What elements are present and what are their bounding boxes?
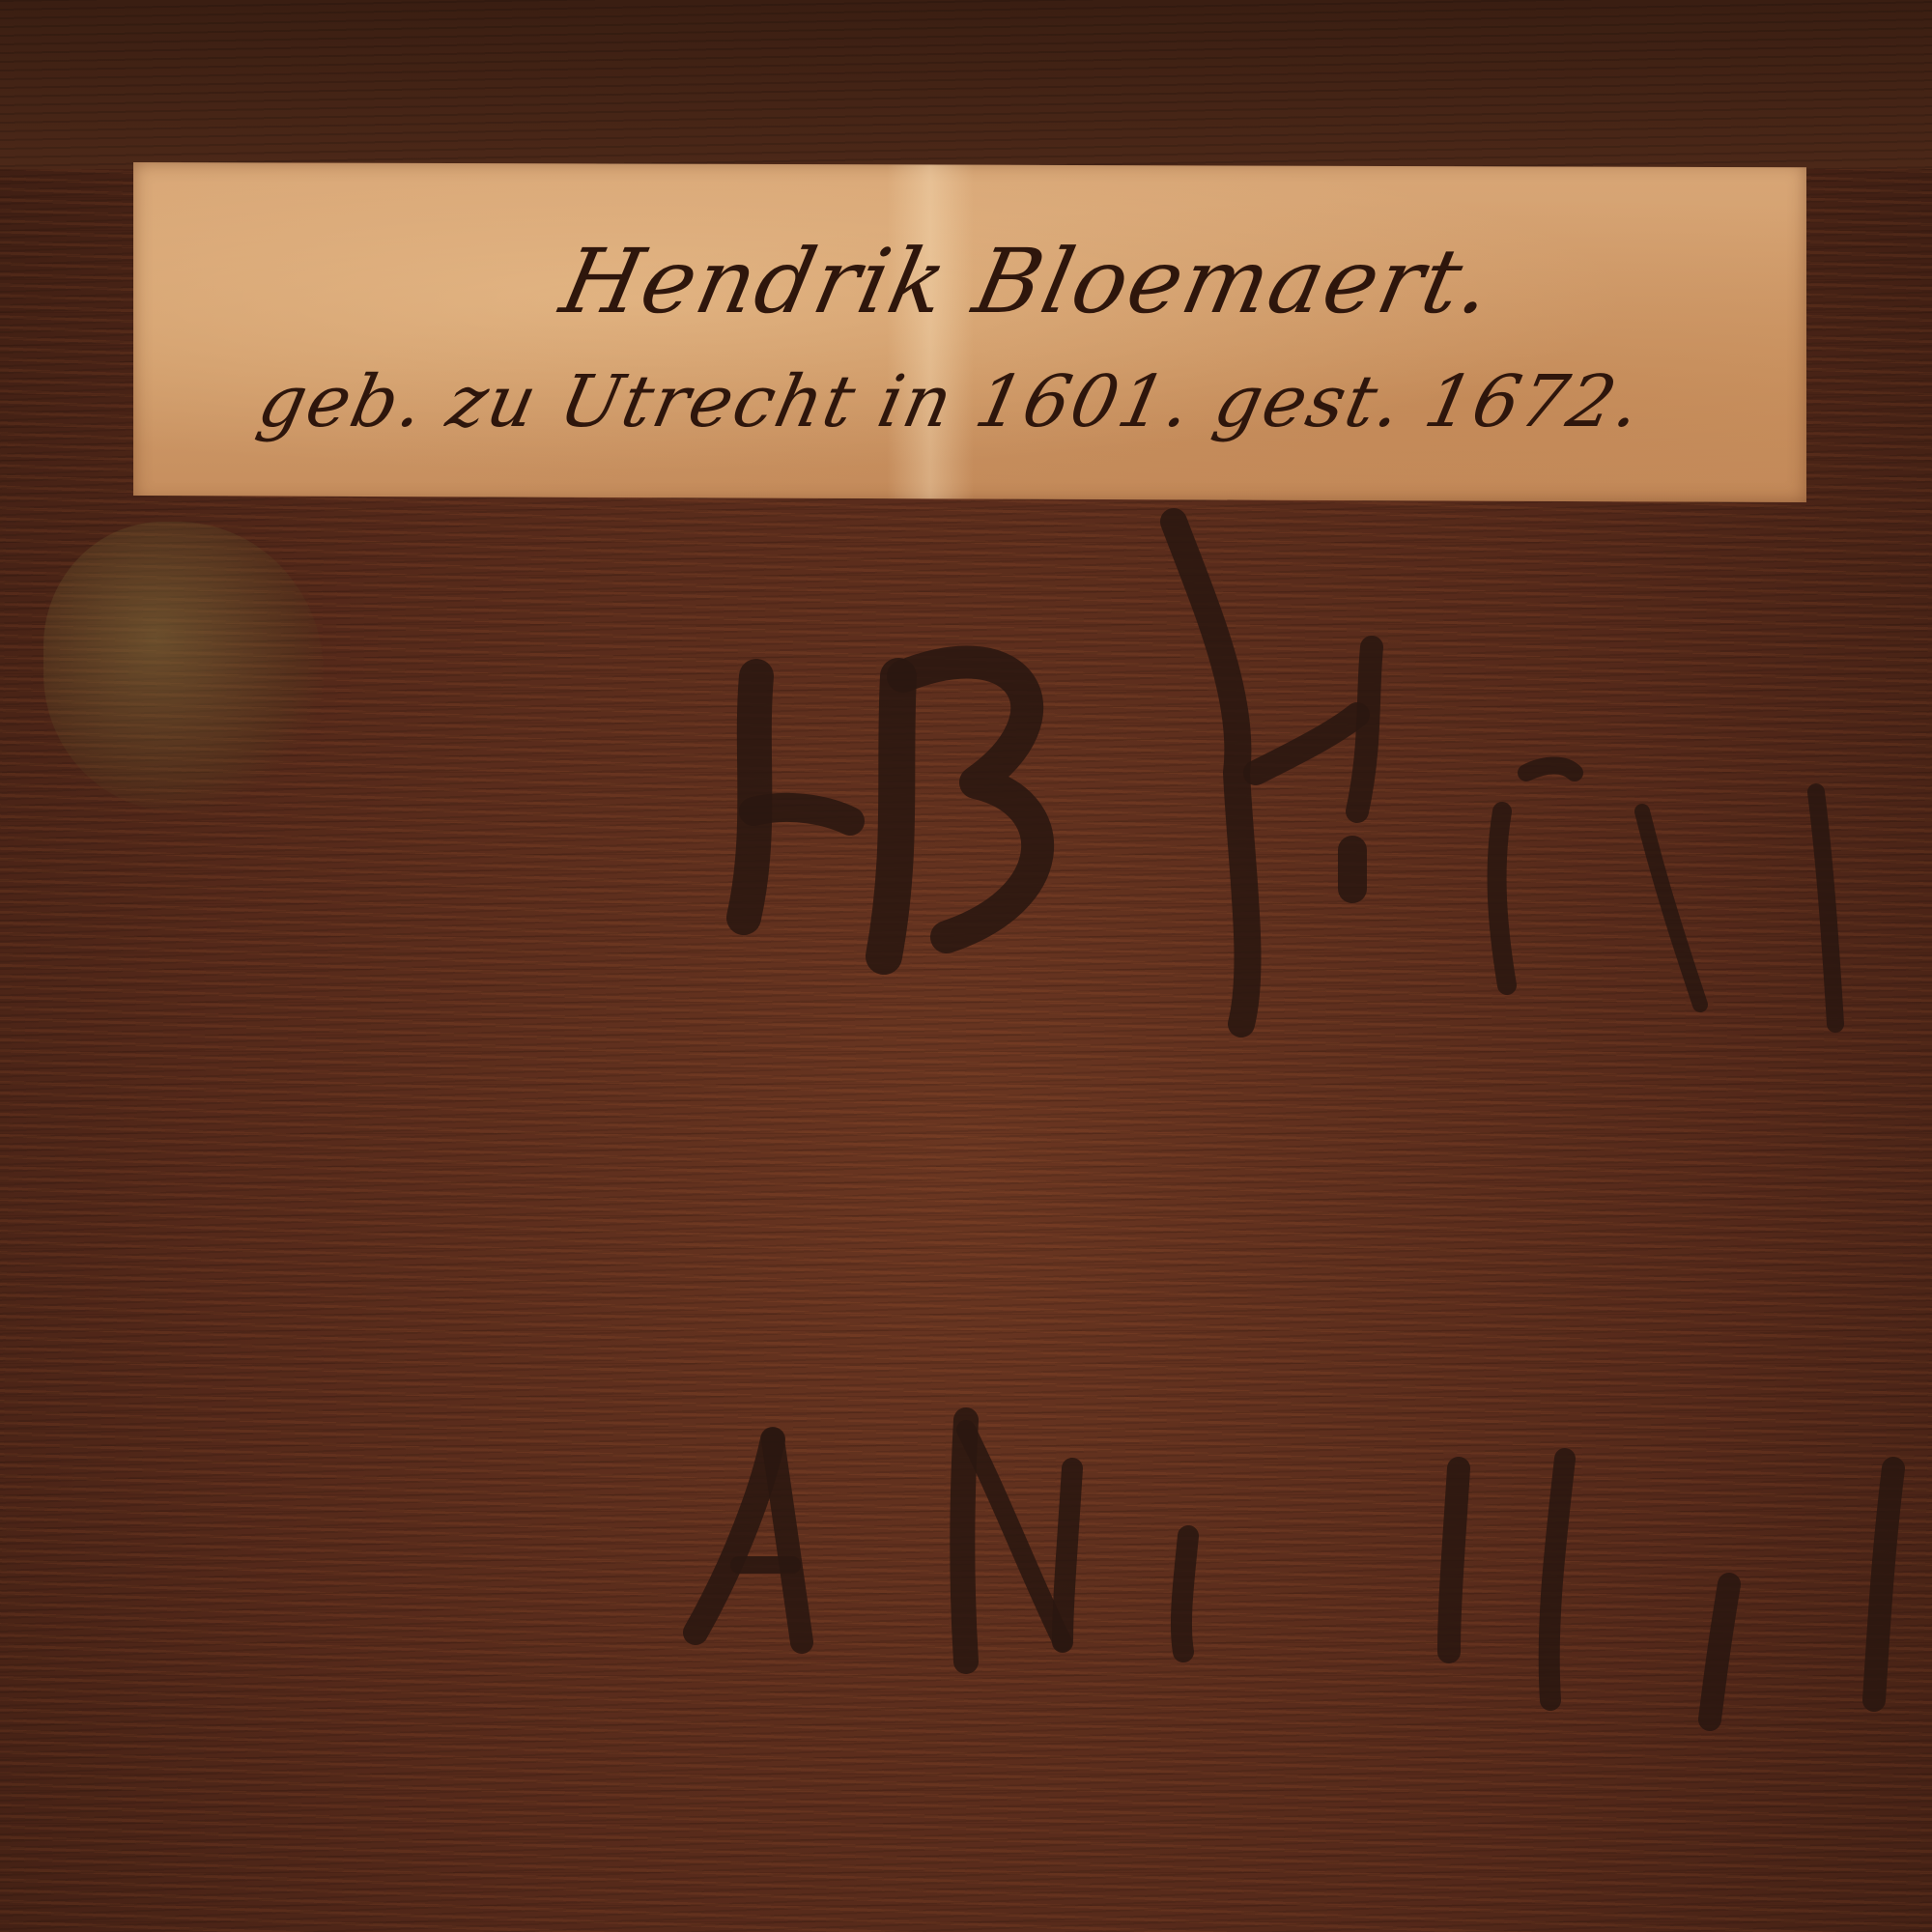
mark-faint-right xyxy=(1497,766,1835,1025)
mark-drip xyxy=(1174,522,1372,1024)
mark-an xyxy=(696,1420,1893,1719)
mark-hb xyxy=(744,663,1037,956)
wood-panel-back: Hendrik Bloemaert. geb. zu Utrecht in 16… xyxy=(0,0,1932,1932)
painted-inscriptions xyxy=(0,0,1932,1932)
